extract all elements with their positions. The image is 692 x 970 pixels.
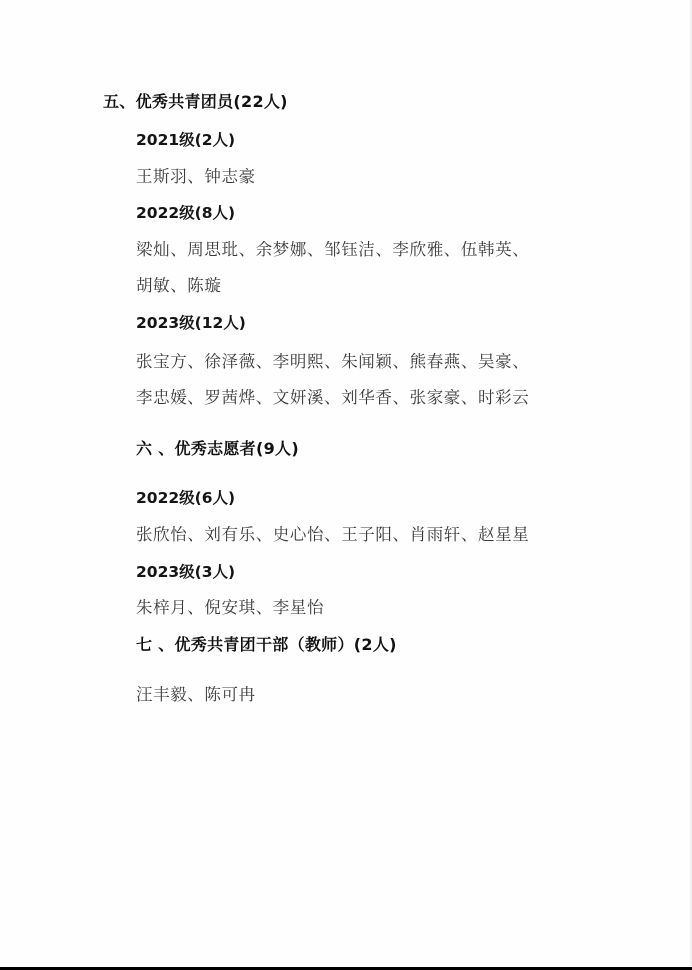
names-list: 朱梓月、倪安琪、李星怡 <box>136 597 324 619</box>
names-list: 汪丰毅、陈可冉 <box>136 684 256 706</box>
grade-label-2021: 2021级(2人) <box>136 129 235 151</box>
section-heading-excellent-league-cadres-teachers: 七 、优秀共青团干部（教师）(2人) <box>136 634 397 656</box>
grade-label-2022: 2022级(6人) <box>136 487 235 509</box>
names-list: 梁灿、周思玭、余梦娜、邹钰洁、李欣雅、伍韩英、 <box>136 239 529 261</box>
grade-label-2023: 2023级(3人) <box>136 561 235 583</box>
section-heading-excellent-league-members: 五、优秀共青团员(22人) <box>103 91 288 113</box>
names-list: 李忠媛、罗茜烨、文妍溪、刘华香、张家豪、时彩云 <box>136 387 529 409</box>
names-list: 张宝方、徐泽薇、李明熙、朱闻颖、熊春燕、吴豪、 <box>136 351 529 373</box>
names-list: 张欣怡、刘有乐、史心怡、王子阳、肖雨轩、赵星星 <box>136 524 529 546</box>
grade-label-2022: 2022级(8人) <box>136 202 235 224</box>
names-list: 胡敏、陈璇 <box>136 275 222 297</box>
names-list: 王斯羽、钟志豪 <box>136 166 256 188</box>
document-page: 五、优秀共青团员(22人) 2021级(2人) 王斯羽、钟志豪 2022级(8人… <box>0 0 692 966</box>
section-heading-excellent-volunteers: 六 、优秀志愿者(9人) <box>136 438 299 460</box>
grade-label-2023: 2023级(12人) <box>136 312 246 334</box>
